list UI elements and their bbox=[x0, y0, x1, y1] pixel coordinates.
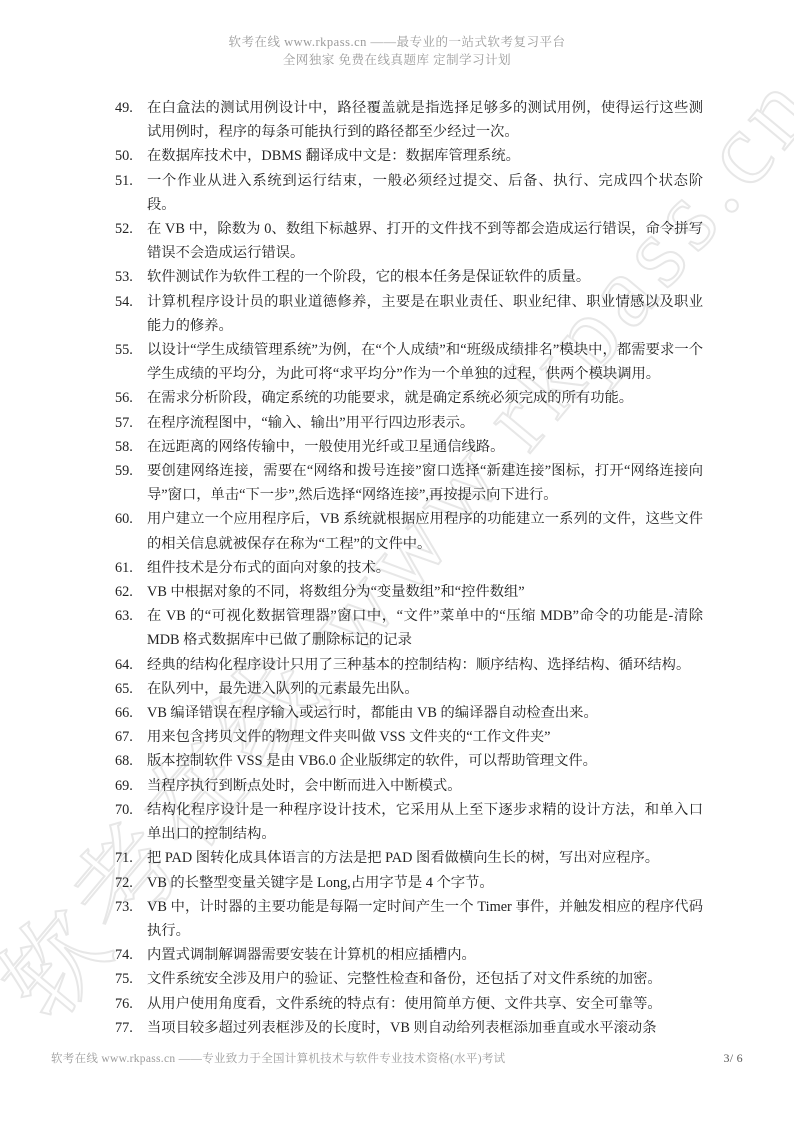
item-text: 在远距离的网络传输中，一般使用光纤或卫星通信线路。 bbox=[147, 435, 703, 459]
list-item: 69. 当程序执行到断点处时，会中断而进入中断模式。 bbox=[115, 774, 703, 798]
item-number: 55. bbox=[115, 338, 147, 386]
item-number: 57. bbox=[115, 411, 147, 435]
list-item: 72. VB 的长整型变量关键字是 Long,占用字节是 4 个字节。 bbox=[115, 871, 703, 895]
item-text: 在 VB 的“可视化数据管理器”窗口中，“文件”菜单中的“压缩 MDB”命令的功… bbox=[147, 604, 703, 652]
list-item: 66. VB 编译错误在程序输入或运行时，都能由 VB 的编译器自动检查出来。 bbox=[115, 701, 703, 725]
list-item: 62. VB 中根据对象的不同，将数组分为“变量数组”和“控件数组” bbox=[115, 580, 703, 604]
item-number: 54. bbox=[115, 290, 147, 338]
item-text: 在白盒法的测试用例设计中，路径覆盖就是指选择足够多的测试用例，使得运行这些测试用… bbox=[147, 96, 703, 144]
item-text: 在程序流程图中，“输入、输出”用平行四边形表示。 bbox=[147, 411, 703, 435]
page-header: 软考在线 www.rkpass.cn ——最专业的一站式软考复习平台 全网独家 … bbox=[0, 33, 794, 69]
item-text: 在 VB 中，除数为 0、数组下标越界、打开的文件找不到等都会造成运行错误，命令… bbox=[147, 217, 703, 265]
list-item: 61. 组件技术是分布式的面向对象的技术。 bbox=[115, 556, 703, 580]
item-number: 63. bbox=[115, 604, 147, 652]
item-text: 当项目较多超过列表框涉及的长度时，VB 则自动给列表框添加垂直或水平滚动条 bbox=[147, 1016, 703, 1040]
list-item: 75. 文件系统安全涉及用户的验证、完整性检查和备份，还包括了对文件系统的加密。 bbox=[115, 967, 703, 991]
item-number: 75. bbox=[115, 967, 147, 991]
list-item: 76. 从用户使用角度看，文件系统的特点有：使用简单方便、文件共享、安全可靠等。 bbox=[115, 992, 703, 1016]
list-item: 52. 在 VB 中，除数为 0、数组下标越界、打开的文件找不到等都会造成运行错… bbox=[115, 217, 703, 265]
item-number: 59. bbox=[115, 459, 147, 507]
item-number: 68. bbox=[115, 749, 147, 773]
item-number: 60. bbox=[115, 507, 147, 555]
list-item: 63. 在 VB 的“可视化数据管理器”窗口中，“文件”菜单中的“压缩 MDB”… bbox=[115, 604, 703, 652]
item-text: 从用户使用角度看，文件系统的特点有：使用简单方便、文件共享、安全可靠等。 bbox=[147, 992, 703, 1016]
list-item: 49. 在白盒法的测试用例设计中，路径覆盖就是指选择足够多的测试用例，使得运行这… bbox=[115, 96, 703, 144]
item-text: VB 编译错误在程序输入或运行时，都能由 VB 的编译器自动检查出来。 bbox=[147, 701, 703, 725]
footer-text: 软考在线 www.rkpass.cn ——专业致力于全国计算机技术与软件专业技术… bbox=[51, 1050, 505, 1066]
item-text: 在需求分析阶段，确定系统的功能要求，就是确定系统必须完成的所有功能。 bbox=[147, 386, 703, 410]
item-number: 73. bbox=[115, 895, 147, 943]
item-text: 计算机程序设计员的职业道德修养，主要是在职业责任、职业纪律、职业情感以及职业能力… bbox=[147, 290, 703, 338]
item-text: 用户建立一个应用程序后，VB 系统就根据应用程序的功能建立一系列的文件，这些文件… bbox=[147, 507, 703, 555]
item-number: 69. bbox=[115, 774, 147, 798]
list-item: 55. 以设计“学生成绩管理系统”为例，在“个人成绩”和“班级成绩排名”模块中，… bbox=[115, 338, 703, 386]
item-number: 51. bbox=[115, 169, 147, 217]
item-number: 61. bbox=[115, 556, 147, 580]
list-item: 54. 计算机程序设计员的职业道德修养，主要是在职业责任、职业纪律、职业情感以及… bbox=[115, 290, 703, 338]
item-text: 以设计“学生成绩管理系统”为例，在“个人成绩”和“班级成绩排名”模块中，都需要求… bbox=[147, 338, 703, 386]
list-item: 57. 在程序流程图中，“输入、输出”用平行四边形表示。 bbox=[115, 411, 703, 435]
list-item: 53. 软件测试作为软件工程的一个阶段，它的根本任务是保证软件的质量。 bbox=[115, 265, 703, 289]
item-text: 要创建网络连接，需要在“网络和拨号连接”窗口选择“新建连接”图标，打开“网络连接… bbox=[147, 459, 703, 507]
item-number: 70. bbox=[115, 798, 147, 846]
item-number: 56. bbox=[115, 386, 147, 410]
item-text: VB 中，计时器的主要功能是每隔一定时间产生一个 Timer 事件，并触发相应的… bbox=[147, 895, 703, 943]
item-number: 74. bbox=[115, 943, 147, 967]
list-item: 68. 版本控制软件 VSS 是由 VB6.0 企业版绑定的软件，可以帮助管理文… bbox=[115, 749, 703, 773]
item-number: 66. bbox=[115, 701, 147, 725]
list-item: 67. 用来包含拷贝文件的物理文件夹叫做 VSS 文件夹的“工作文件夹” bbox=[115, 725, 703, 749]
item-number: 71. bbox=[115, 846, 147, 870]
list-item: 56. 在需求分析阶段，确定系统的功能要求，就是确定系统必须完成的所有功能。 bbox=[115, 386, 703, 410]
item-number: 62. bbox=[115, 580, 147, 604]
item-text: 在数据库技术中，DBMS 翻译成中文是：数据库管理系统。 bbox=[147, 144, 703, 168]
item-number: 65. bbox=[115, 677, 147, 701]
item-text: 文件系统安全涉及用户的验证、完整性检查和备份，还包括了对文件系统的加密。 bbox=[147, 967, 703, 991]
item-number: 72. bbox=[115, 871, 147, 895]
item-text: VB 中根据对象的不同，将数组分为“变量数组”和“控件数组” bbox=[147, 580, 703, 604]
list-item: 50. 在数据库技术中，DBMS 翻译成中文是：数据库管理系统。 bbox=[115, 144, 703, 168]
item-text: 软件测试作为软件工程的一个阶段，它的根本任务是保证软件的质量。 bbox=[147, 265, 703, 289]
list-item: 51. 一个作业从进入系统到运行结束，一般必须经过提交、后备、执行、完成四个状态… bbox=[115, 169, 703, 217]
item-number: 77. bbox=[115, 1016, 147, 1040]
item-number: 49. bbox=[115, 96, 147, 144]
item-text: VB 的长整型变量关键字是 Long,占用字节是 4 个字节。 bbox=[147, 871, 703, 895]
list-item: 71. 把 PAD 图转化成具体语言的方法是把 PAD 图看做横向生长的树，写出… bbox=[115, 846, 703, 870]
item-number: 76. bbox=[115, 992, 147, 1016]
page-footer: 软考在线 www.rkpass.cn ——专业致力于全国计算机技术与软件专业技术… bbox=[51, 1050, 743, 1066]
item-text: 经典的结构化程序设计只用了三种基本的控制结构：顺序结构、选择结构、循环结构。 bbox=[147, 653, 703, 677]
item-number: 58. bbox=[115, 435, 147, 459]
list-item: 58. 在远距离的网络传输中，一般使用光纤或卫星通信线路。 bbox=[115, 435, 703, 459]
item-text: 结构化程序设计是一种程序设计技术，它采用从上至下逐步求精的设计方法，和单入口单出… bbox=[147, 798, 703, 846]
header-line-2: 全网独家 免费在线真题库 定制学习计划 bbox=[0, 51, 794, 69]
header-line-1: 软考在线 www.rkpass.cn ——最专业的一站式软考复习平台 bbox=[0, 33, 794, 51]
page-number: 3/ 6 bbox=[723, 1051, 743, 1066]
question-list: 49. 在白盒法的测试用例设计中，路径覆盖就是指选择足够多的测试用例，使得运行这… bbox=[115, 96, 703, 1040]
item-number: 67. bbox=[115, 725, 147, 749]
item-text: 在队列中，最先进入队列的元素最先出队。 bbox=[147, 677, 703, 701]
document-page: 软考在线 www.rkpass.cn 软考在线 www.rkpass.cn ——… bbox=[0, 0, 794, 1123]
list-item: 70. 结构化程序设计是一种程序设计技术，它采用从上至下逐步求精的设计方法，和单… bbox=[115, 798, 703, 846]
item-number: 52. bbox=[115, 217, 147, 265]
item-text: 组件技术是分布式的面向对象的技术。 bbox=[147, 556, 703, 580]
list-item: 77. 当项目较多超过列表框涉及的长度时，VB 则自动给列表框添加垂直或水平滚动… bbox=[115, 1016, 703, 1040]
item-text: 当程序执行到断点处时，会中断而进入中断模式。 bbox=[147, 774, 703, 798]
item-text: 把 PAD 图转化成具体语言的方法是把 PAD 图看做横向生长的树，写出对应程序… bbox=[147, 846, 703, 870]
item-number: 53. bbox=[115, 265, 147, 289]
item-number: 50. bbox=[115, 144, 147, 168]
item-text: 用来包含拷贝文件的物理文件夹叫做 VSS 文件夹的“工作文件夹” bbox=[147, 725, 703, 749]
list-item: 59. 要创建网络连接，需要在“网络和拨号连接”窗口选择“新建连接”图标，打开“… bbox=[115, 459, 703, 507]
list-item: 74. 内置式调制解调器需要安装在计算机的相应插槽内。 bbox=[115, 943, 703, 967]
list-item: 60. 用户建立一个应用程序后，VB 系统就根据应用程序的功能建立一系列的文件，… bbox=[115, 507, 703, 555]
item-text: 一个作业从进入系统到运行结束，一般必须经过提交、后备、执行、完成四个状态阶段。 bbox=[147, 169, 703, 217]
item-text: 内置式调制解调器需要安装在计算机的相应插槽内。 bbox=[147, 943, 703, 967]
list-item: 64. 经典的结构化程序设计只用了三种基本的控制结构：顺序结构、选择结构、循环结… bbox=[115, 653, 703, 677]
list-item: 73. VB 中，计时器的主要功能是每隔一定时间产生一个 Timer 事件，并触… bbox=[115, 895, 703, 943]
list-item: 65. 在队列中，最先进入队列的元素最先出队。 bbox=[115, 677, 703, 701]
item-number: 64. bbox=[115, 653, 147, 677]
item-text: 版本控制软件 VSS 是由 VB6.0 企业版绑定的软件，可以帮助管理文件。 bbox=[147, 749, 703, 773]
